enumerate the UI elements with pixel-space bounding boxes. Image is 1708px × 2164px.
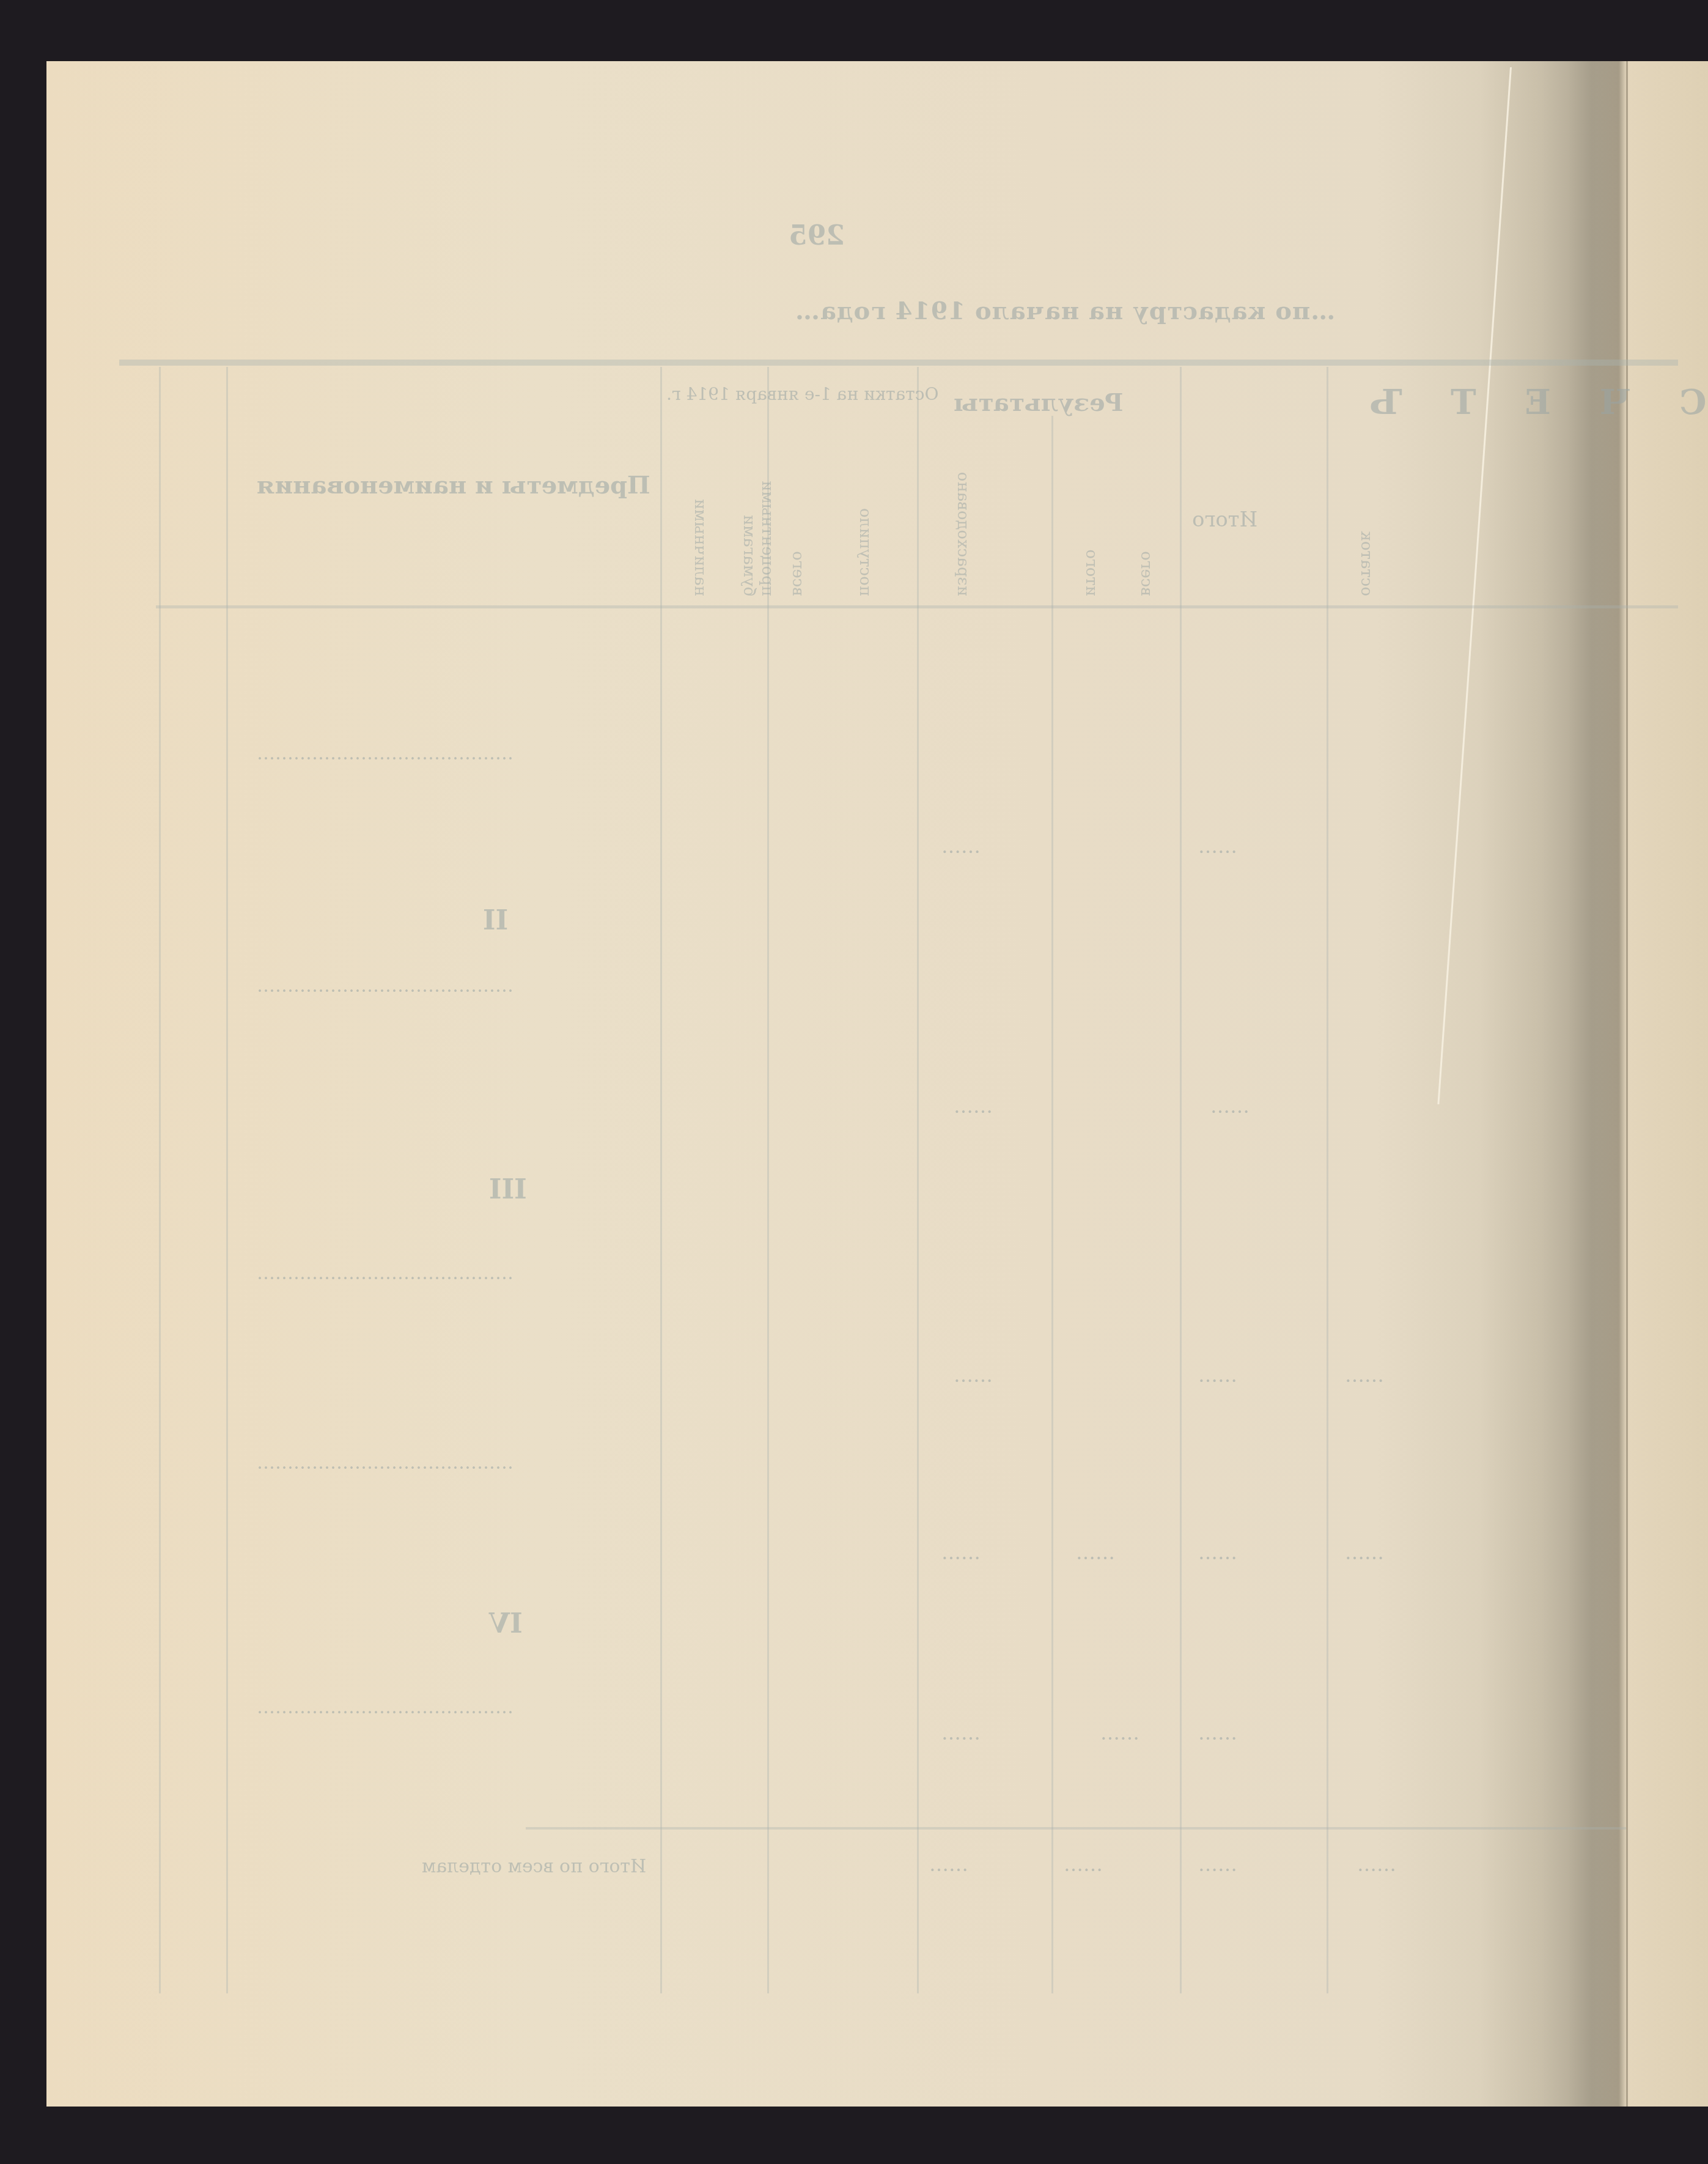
row-value: …… [1345,1541,1384,1564]
subheader: всего [1137,456,1155,596]
column-divider [660,367,662,1993]
total-row-label: Итого по всем отделам [422,1853,646,1881]
subheader: итого [1082,456,1100,596]
row-description: …………………………………… [257,740,514,768]
subheader: процентными бумагами [740,456,776,596]
table-top-rule [119,360,1678,366]
row-value: …… [1198,1364,1237,1387]
column-divider [767,367,769,1993]
section-numeral: II [483,905,508,936]
scanned-page [46,61,1708,2107]
header-description: Предметы и наименования [257,471,650,500]
subheader: израсходовано [954,456,972,596]
section-numeral: III [489,1174,527,1205]
page-fold-shadow [1479,61,1626,2107]
row-value: …… [1100,1721,1139,1745]
total-value: …… [929,1853,968,1876]
column-divider [917,367,919,1993]
row-description: …………………………………… [257,1694,514,1722]
subheader: остаток [1357,456,1375,596]
header-right-group: С Ч Е Т Ъ [1351,382,1707,423]
total-value: …… [1357,1853,1396,1876]
row-value: …… [941,835,981,858]
column-divider [159,367,161,1993]
header-balance-group: Остатки на 1-е января 1914 г. [666,382,938,407]
subheader: поступило [856,456,874,596]
row-value: …… [1198,835,1237,858]
subheader: всего [789,456,807,596]
column-divider [1327,367,1328,1993]
row-value: …… [941,1541,981,1564]
row-value: …… [941,1721,981,1745]
column-divider [1051,416,1053,1993]
total-value: …… [1064,1853,1103,1876]
row-description: …………………………………… [257,1260,514,1288]
page-fold-crease [1626,61,1628,2107]
page-number: 295 [789,220,845,251]
row-value: …… [1076,1541,1115,1564]
header-results-group: Результаты [954,388,1124,417]
row-description: …………………………………… [257,972,514,1000]
page-title: …по кадастру на начало 1914 года… [795,297,1335,325]
row-value: …… [1198,1721,1237,1745]
row-value: …… [1210,1095,1250,1118]
row-value: …… [1345,1364,1384,1387]
column-divider [226,367,228,1993]
total-value: …… [1198,1853,1237,1876]
row-value: …… [954,1364,993,1387]
row-description: …………………………………… [257,1449,514,1477]
subheader: наличными [691,456,709,596]
column-divider [1180,367,1182,1993]
row-value: …… [954,1095,993,1118]
header-totals-group: Итого [1192,508,1257,532]
total-row-rule [526,1827,1626,1830]
row-value: …… [1198,1541,1237,1564]
section-numeral: IV [489,1608,523,1639]
